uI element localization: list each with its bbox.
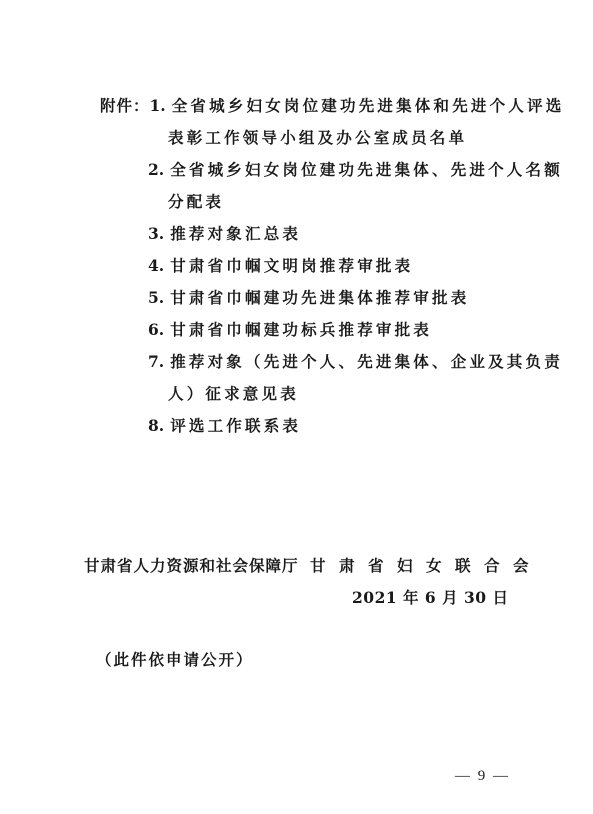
- attachment-item-3: 3.推荐对象汇总表: [148, 224, 301, 244]
- signature-org-hrss: 甘肃省人力资源和社会保障厅: [84, 556, 299, 576]
- attachment-item-2: 2.全省城乡妇女岗位建功先进集体、先进个人名额: [148, 160, 563, 180]
- attachment-item-7: 7.推荐对象（先进个人、先进集体、企业及其负责: [148, 352, 563, 372]
- disclosure-note: （此件依申请公开）: [96, 650, 254, 670]
- page-number: — 9 —: [455, 768, 510, 785]
- attachment-item-6: 6.甘肃省巾帼建功标兵推荐审批表: [148, 320, 432, 340]
- attachment-item-1: 附件：1.全省城乡妇女岗位建功先进集体和先进个人评选: [100, 96, 564, 116]
- attachment-item-2-cont: 分配表: [168, 192, 224, 212]
- signature-org-womens-federation: 甘肃省妇女联合会: [310, 556, 542, 576]
- attachment-item-8: 8.评选工作联系表: [148, 416, 301, 436]
- attachment-item-1-cont: 表彰工作领导小组及办公室成员名单: [168, 128, 467, 148]
- attachment-item-7-cont: 人）征求意见表: [168, 384, 299, 404]
- attachment-item-5: 5.甘肃省巾帼建功先进集体推荐审批表: [148, 288, 469, 308]
- attachment-item-4: 4.甘肃省巾帼文明岗推荐审批表: [148, 256, 413, 276]
- attachments-label: 附件：: [100, 96, 150, 115]
- signature-date: 2021 年 6 月 30 日: [352, 588, 508, 608]
